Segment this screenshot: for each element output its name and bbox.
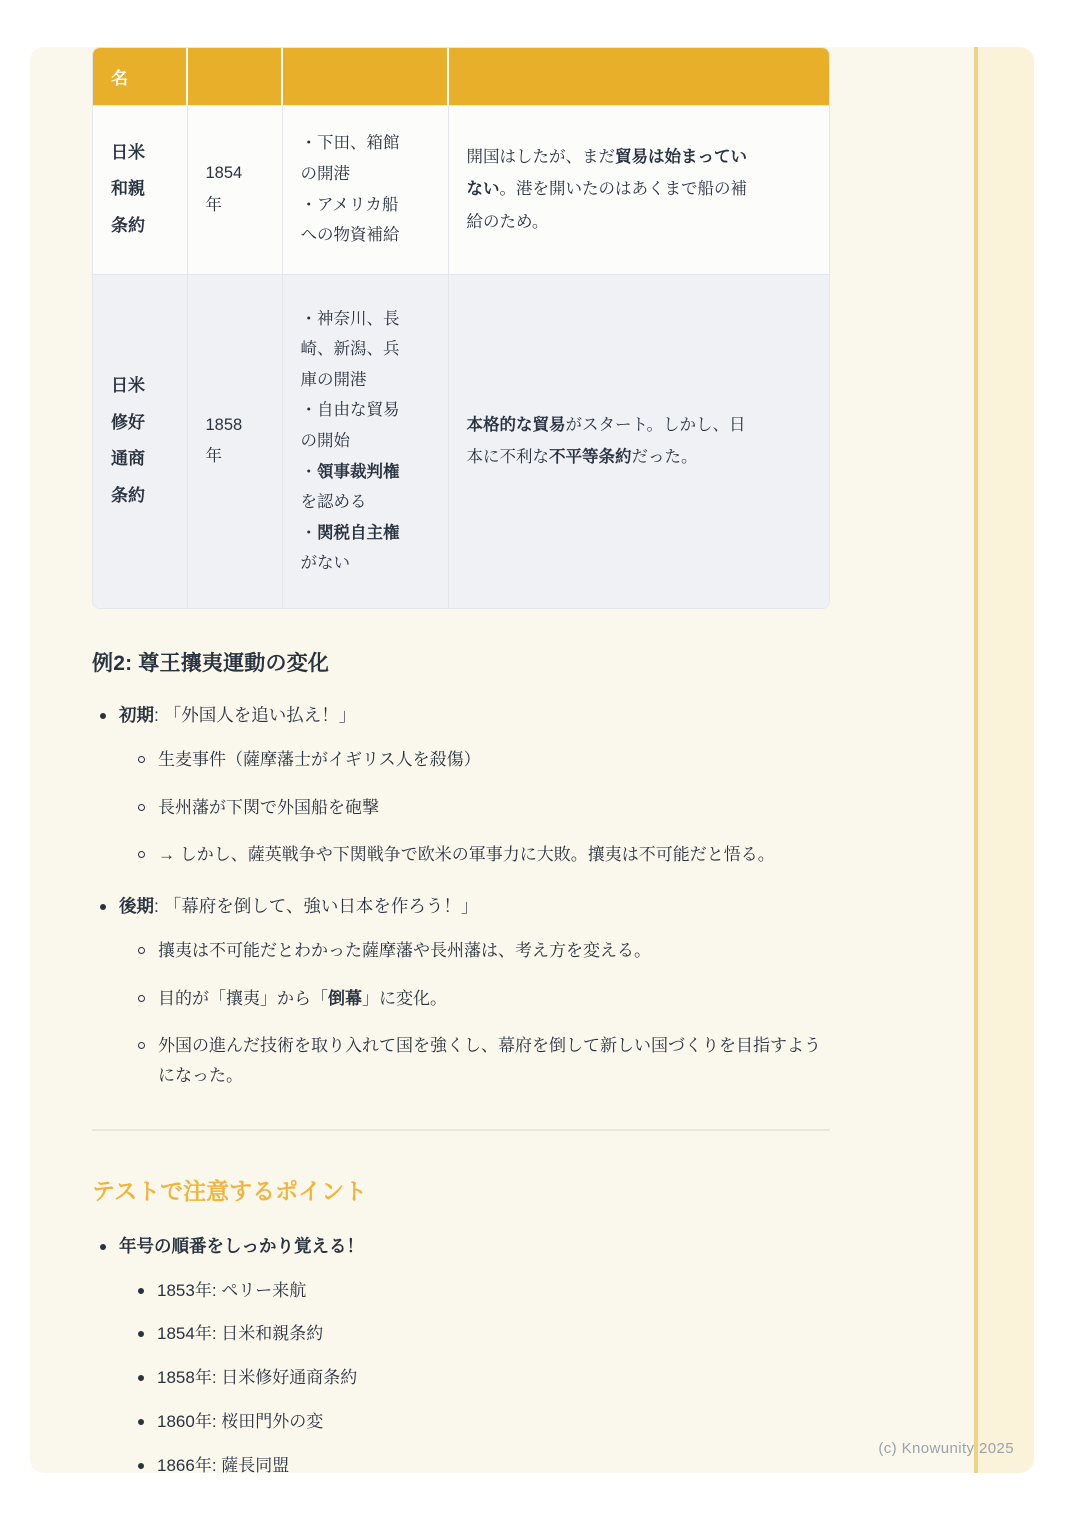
table-header-name: 名 (93, 48, 187, 105)
list-item: 1860年: 桜田門外の変 (92, 1407, 830, 1437)
section-heading-tips: テストで注意するポイント (92, 1173, 830, 1206)
bullet-group-late: 後期: 「幕府を倒して、強い日本を作ろう！」 攘夷は不可能だとわかった薩摩藩や長… (92, 892, 830, 1091)
list-item-text: 長州藩が下関で外国船を砲撃 (158, 793, 379, 823)
bullet-circle-icon (138, 995, 145, 1002)
list-item: 外国の進んだ技術を取り入れて国を強くし、幕府を倒して新しい国づくりを目指すように… (92, 1031, 830, 1091)
page-margin-ruler (974, 47, 1034, 1473)
bullet-circle-icon (138, 1042, 145, 1049)
table-row: 日米 修好 通商 条約 1858 年 ・神奈川、長 崎、新潟、兵 庫の開港 ・自… (93, 274, 829, 608)
bullet-circle-icon (138, 851, 145, 858)
treaty-note-cell: 開国はしたが、まだ貿易は始まってい ない。港を開いたのはあくまで船の補 給のため… (448, 105, 829, 274)
document-page: 名 日米 和親 条約 1854 年 ・下田、箱館 の開港 ・アメリカ船 への物資… (30, 47, 1034, 1473)
table-header-note (448, 48, 829, 105)
list-item: 初期: 「外国人を追い払え！」 (92, 701, 830, 731)
list-item: → しかし、薩英戦争や下関戦争で欧米の軍事力に大敗。攘夷は不可能だと悟る。 (92, 840, 830, 870)
bullet-circle-icon (138, 804, 145, 811)
section-divider (92, 1129, 830, 1131)
table-header-year (187, 48, 282, 105)
list-item: 攘夷は不可能だとわかった薩摩藩や長州藩は、考え方を変える。 (92, 936, 830, 966)
bullet-dot-icon (138, 1419, 144, 1425)
list-item: 長州藩が下関で外国船を砲撃 (92, 793, 830, 823)
treaty-terms-cell: ・神奈川、長 崎、新潟、兵 庫の開港 ・自由な貿易 の開始 ・領事裁判権 を認め… (282, 274, 448, 608)
bullet-dot-icon (100, 1244, 106, 1250)
section-heading-example2: 例2: 尊王攘夷運動の変化 (92, 647, 830, 677)
list-item: 1854年: 日米和親条約 (92, 1319, 830, 1349)
list-item-text: → しかし、薩英戦争や下関戦争で欧米の軍事力に大敗。攘夷は不可能だと悟る。 (158, 840, 775, 870)
copyright-watermark: (c) Knowunity 2025 (878, 1440, 1014, 1457)
list-item-text: 年号の順番をしっかり覚える！ (119, 1232, 364, 1262)
list-item-text: 1858年: 日米修好通商条約 (157, 1363, 357, 1393)
list-item: 年号の順番をしっかり覚える！ (92, 1232, 830, 1262)
list-item: 生麦事件（薩摩藩士がイギリス人を殺傷） (92, 745, 830, 775)
list-item-text: 1854年: 日米和親条約 (157, 1319, 323, 1349)
list-item-text: 1853年: ペリー来航 (157, 1276, 306, 1306)
bullet-dot-icon (138, 1331, 144, 1337)
list-item-text: 1860年: 桜田門外の変 (157, 1407, 323, 1437)
table-header-terms (282, 48, 448, 105)
list-item: 目的が「攘夷」から「倒幕」に変化。 (92, 984, 830, 1014)
bullet-dot-icon (100, 713, 106, 719)
list-item-text: 初期: 「外国人を追い払え！」 (119, 701, 356, 731)
bullet-dot-icon (138, 1288, 144, 1294)
list-item-text: 外国の進んだ技術を取り入れて国を強くし、幕府を倒して新しい国づくりを目指すように… (158, 1031, 830, 1091)
table-header-row: 名 (93, 48, 829, 105)
bullet-circle-icon (138, 756, 145, 763)
list-item: 1858年: 日米修好通商条約 (92, 1363, 830, 1393)
treaty-terms-cell: ・下田、箱館 の開港 ・アメリカ船 への物資補給 (282, 105, 448, 274)
bullet-circle-icon (138, 947, 145, 954)
bullet-dot-icon (138, 1375, 144, 1381)
bullet-dot-icon (138, 1463, 144, 1469)
list-item-text: 1866年: 薩長同盟 (157, 1451, 289, 1481)
treaty-table: 名 日米 和親 条約 1854 年 ・下田、箱館 の開港 ・アメリカ船 への物資… (93, 48, 829, 608)
treaty-table-card: 名 日米 和親 条約 1854 年 ・下田、箱館 の開港 ・アメリカ船 への物資… (92, 47, 830, 609)
document-content: 名 日米 和親 条約 1854 年 ・下田、箱館 の開港 ・アメリカ船 への物資… (92, 47, 830, 1494)
table-row: 日米 和親 条約 1854 年 ・下田、箱館 の開港 ・アメリカ船 への物資補給… (93, 105, 829, 274)
bullet-group-early: 初期: 「外国人を追い払え！」 生麦事件（薩摩藩士がイギリス人を殺傷） 長州藩が… (92, 701, 830, 870)
treaty-note-cell: 本格的な貿易がスタート。しかし、日 本に不利な不平等条約だった。 (448, 274, 829, 608)
list-item-text: 後期: 「幕府を倒して、強い日本を作ろう！」 (119, 892, 478, 922)
list-item: 後期: 「幕府を倒して、強い日本を作ろう！」 (92, 892, 830, 922)
list-item-text: 攘夷は不可能だとわかった薩摩藩や長州藩は、考え方を変える。 (158, 936, 651, 966)
list-item-text: 生麦事件（薩摩藩士がイギリス人を殺傷） (158, 745, 481, 775)
list-item-text: 目的が「攘夷」から「倒幕」に変化。 (158, 984, 447, 1014)
list-item: 1866年: 薩長同盟 (92, 1451, 830, 1481)
list-item: 1853年: ペリー来航 (92, 1276, 830, 1306)
treaty-year-cell: 1854 年 (187, 105, 282, 274)
treaty-name-cell: 日米 修好 通商 条約 (93, 274, 187, 608)
treaty-year-cell: 1858 年 (187, 274, 282, 608)
bullet-dot-icon (100, 904, 106, 910)
treaty-name-cell: 日米 和親 条約 (93, 105, 187, 274)
